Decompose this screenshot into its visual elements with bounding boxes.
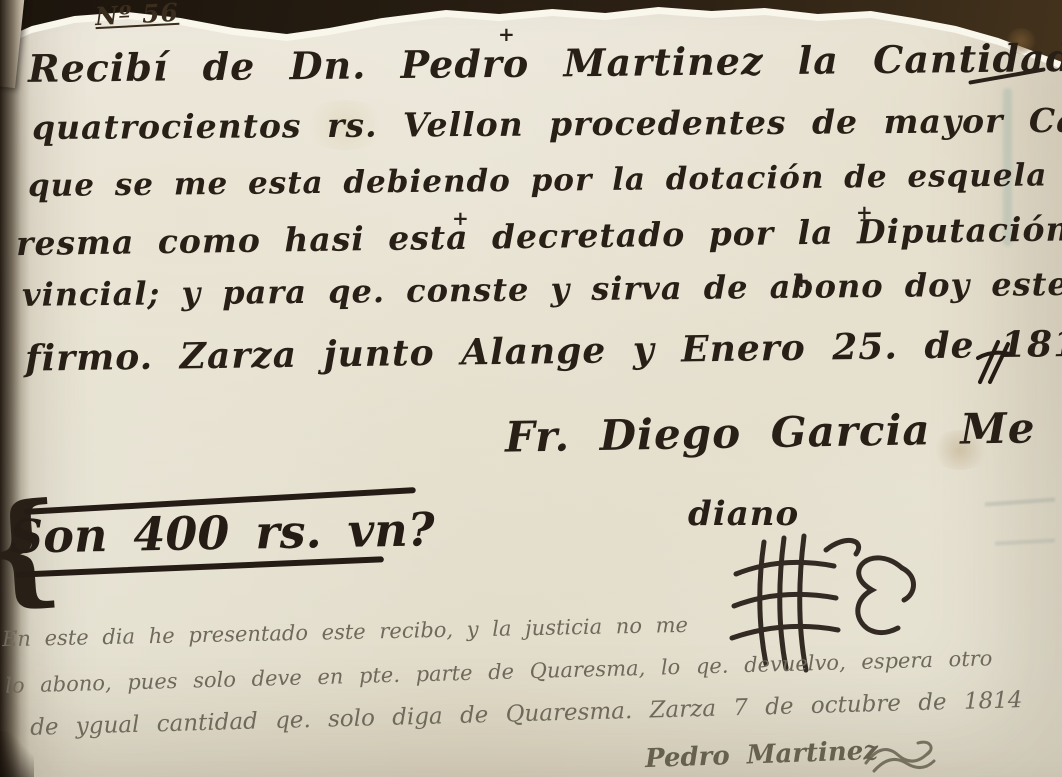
insertion-cross-mark: + bbox=[452, 206, 469, 230]
bottom-left-shadow bbox=[0, 731, 34, 777]
book-spine-shadow bbox=[0, 0, 30, 777]
date-end-rubric-icon bbox=[972, 338, 1012, 386]
amount-block: Son 400 rs. vn? bbox=[6, 498, 431, 570]
body-line: quatrocientos rs. Vellon procedentes de … bbox=[32, 100, 1062, 147]
annotation-rubric-flourish-icon bbox=[860, 735, 940, 777]
amount-text: Son 400 rs. vn? bbox=[10, 502, 436, 563]
signature-line-1: Fr. Diego Garcia Me bbox=[505, 403, 1036, 461]
insertion-cross-mark: + bbox=[793, 268, 810, 292]
manuscript-photo: Nº 56 Recibí de Dn. Pedro Martinez la Ca… bbox=[0, 0, 1062, 777]
document-number: Nº 56 bbox=[94, 0, 179, 31]
insertion-cross-mark: + bbox=[856, 200, 873, 224]
insertion-cross-mark: + bbox=[498, 22, 515, 46]
